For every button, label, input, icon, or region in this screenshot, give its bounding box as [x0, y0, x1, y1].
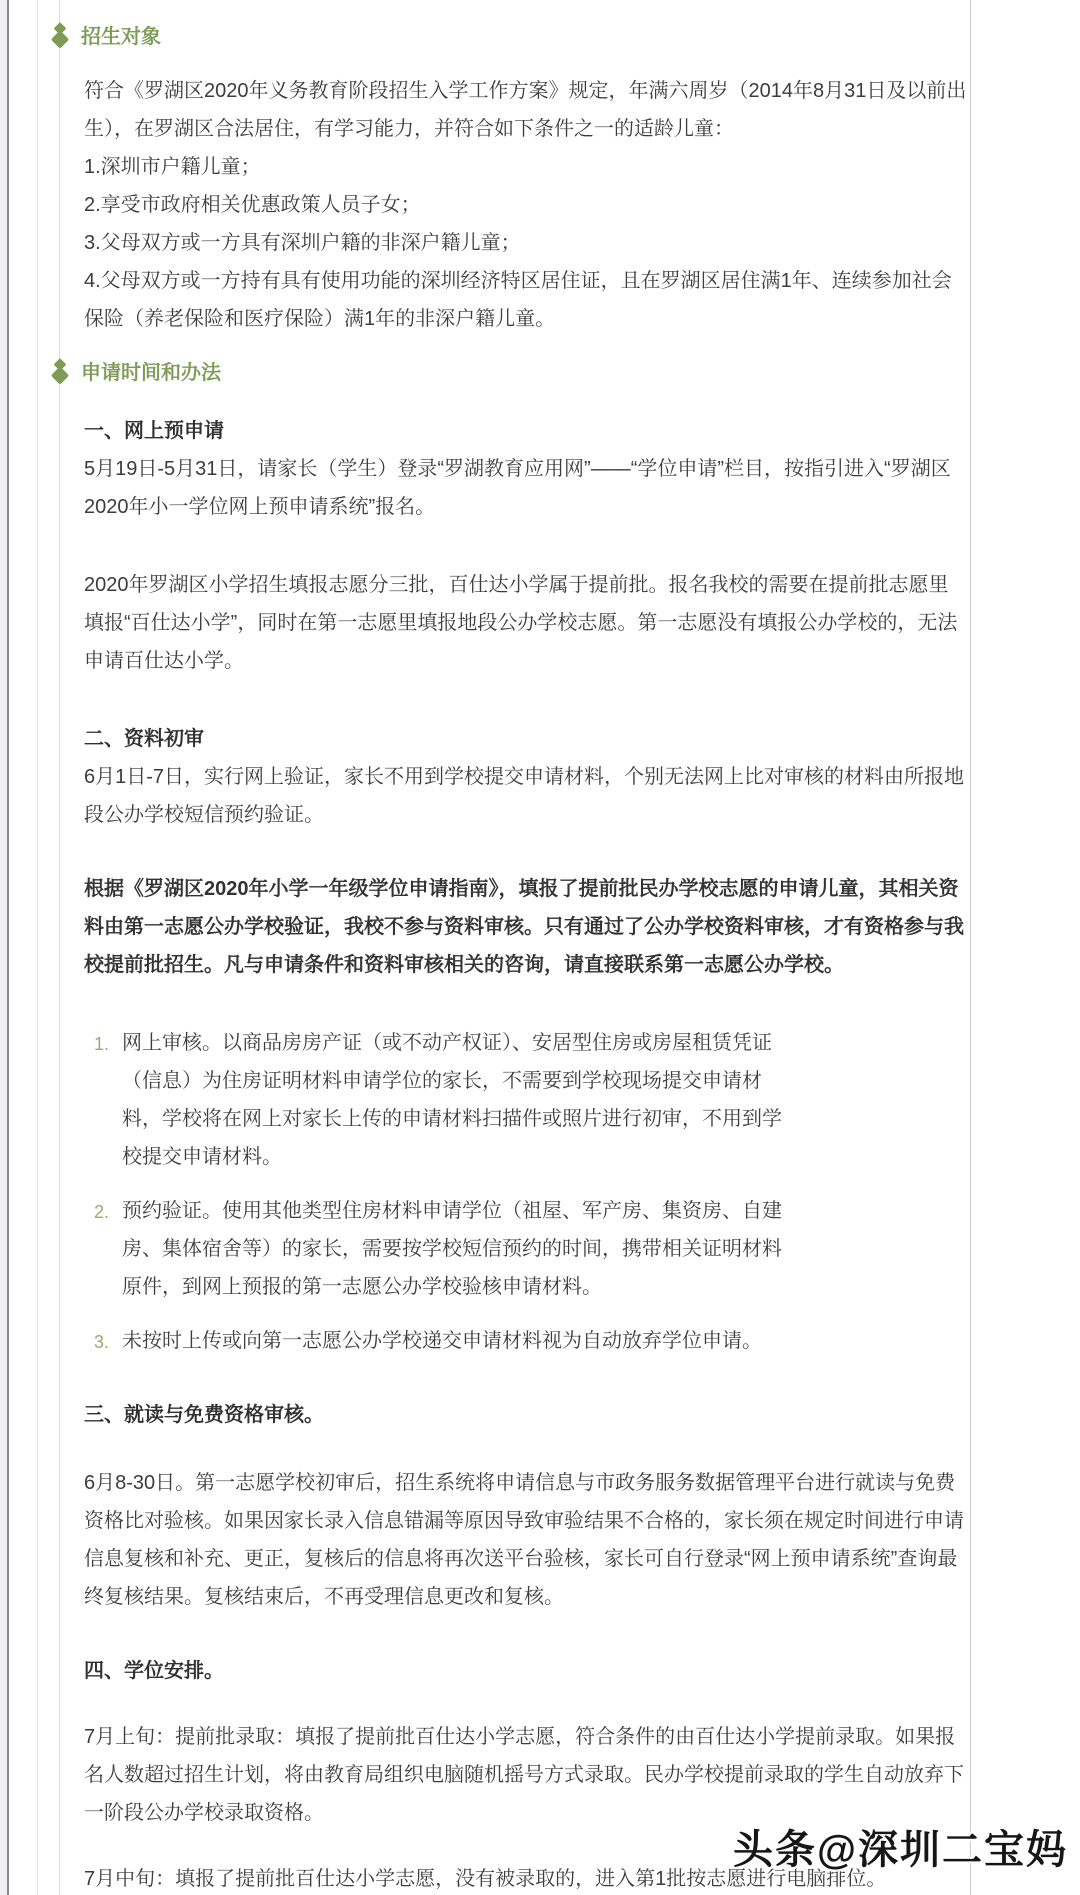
list-item: 1. 网上审核。以商品房房产证（或不动产权证）、安居型住房或房屋租赁凭证（信息）…	[122, 1024, 794, 1176]
right-border-line	[970, 0, 971, 1895]
paragraph-eligibility: 符合《罗湖区2020年义务教育阶段招生入学工作方案》规定，年满六周岁（2014年…	[84, 72, 968, 338]
section-enrollment-target: 招生对象 符合《罗湖区2020年义务教育阶段招生入学工作方案》规定，年满六周岁（…	[84, 22, 968, 338]
diamond-bullet-icon	[51, 24, 68, 50]
paragraph-qualification-review: 6月8-30日。第一志愿学校初审后，招生系统将申请信息与市政务服务数据管理平台进…	[84, 1464, 968, 1616]
left-inner-line	[37, 0, 38, 1895]
subheading-qualification-review: 三、就读与免费资格审核。	[84, 1396, 968, 1434]
section-title-enrollment-target: 招生对象	[81, 22, 161, 52]
section-application-time-method: 申请时间和办法 一、网上预申请 5月19日-5月31日，请家长（学生）登录“罗湖…	[84, 358, 968, 1895]
subheading-seat-arrangement: 四、学位安排。	[84, 1652, 968, 1690]
list-item: 2. 预约验证。使用其他类型住房材料申请学位（祖屋、军产房、集资房、自建房、集体…	[122, 1192, 794, 1306]
section-title-application: 申请时间和办法	[81, 358, 221, 388]
list-item-number: 2.	[94, 1193, 109, 1231]
toutiao-watermark: 头条@深圳二宝妈	[733, 1818, 1068, 1875]
left-border-line	[7, 0, 9, 1895]
list-item-text: 未按时上传或向第一志愿公办学校递交申请材料视为自动放弃学位申请。	[122, 1330, 762, 1352]
list-item-number: 3.	[94, 1323, 109, 1361]
list-item-text: 预约验证。使用其他类型住房材料申请学位（祖屋、军产房、集资房、自建房、集体宿舍等…	[122, 1200, 782, 1298]
paragraph-early-july: 7月上旬：提前批录取：填报了提前批百仕达小学志愿，符合条件的由百仕达小学提前录取…	[84, 1718, 968, 1832]
list-item-number: 1.	[94, 1025, 109, 1063]
paragraph-preapplication-dates: 5月19日-5月31日，请家长（学生）登录“罗湖教育应用网”——“学位申请”栏目…	[84, 450, 968, 526]
subheading-material-review: 二、资料初审	[84, 720, 968, 758]
diamond-bullet-icon	[51, 360, 68, 386]
paragraph-guide-bold: 根据《罗湖区2020年小学一年级学位申请指南》，填报了提前批民办学校志愿的申请儿…	[84, 870, 968, 984]
section-heading-row: 招生对象	[51, 22, 968, 52]
list-item-text: 网上审核。以商品房房产证（或不动产权证）、安居型住房或房屋租赁凭证（信息）为住房…	[122, 1032, 782, 1168]
left-gutter	[0, 0, 7, 1895]
section-heading-row: 申请时间和办法	[51, 358, 968, 388]
article-content: 招生对象 符合《罗湖区2020年义务教育阶段招生入学工作方案》规定，年满六周岁（…	[84, 0, 968, 1895]
list-item: 3. 未按时上传或向第一志愿公办学校递交申请材料视为自动放弃学位申请。	[122, 1322, 794, 1360]
subheading-online-preapplication: 一、网上预申请	[84, 412, 968, 450]
timeline-line	[59, 0, 60, 1895]
review-steps-list: 1. 网上审核。以商品房房产证（或不动产权证）、安居型住房或房屋租赁凭证（信息）…	[84, 1024, 968, 1360]
paragraph-online-verification: 6月1日-7日，实行网上验证，家长不用到学校提交申请材料，个别无法网上比对审核的…	[84, 758, 968, 834]
paragraph-batch-info: 2020年罗湖区小学招生填报志愿分三批，百仕达小学属于提前批。报名我校的需要在提…	[84, 566, 968, 680]
